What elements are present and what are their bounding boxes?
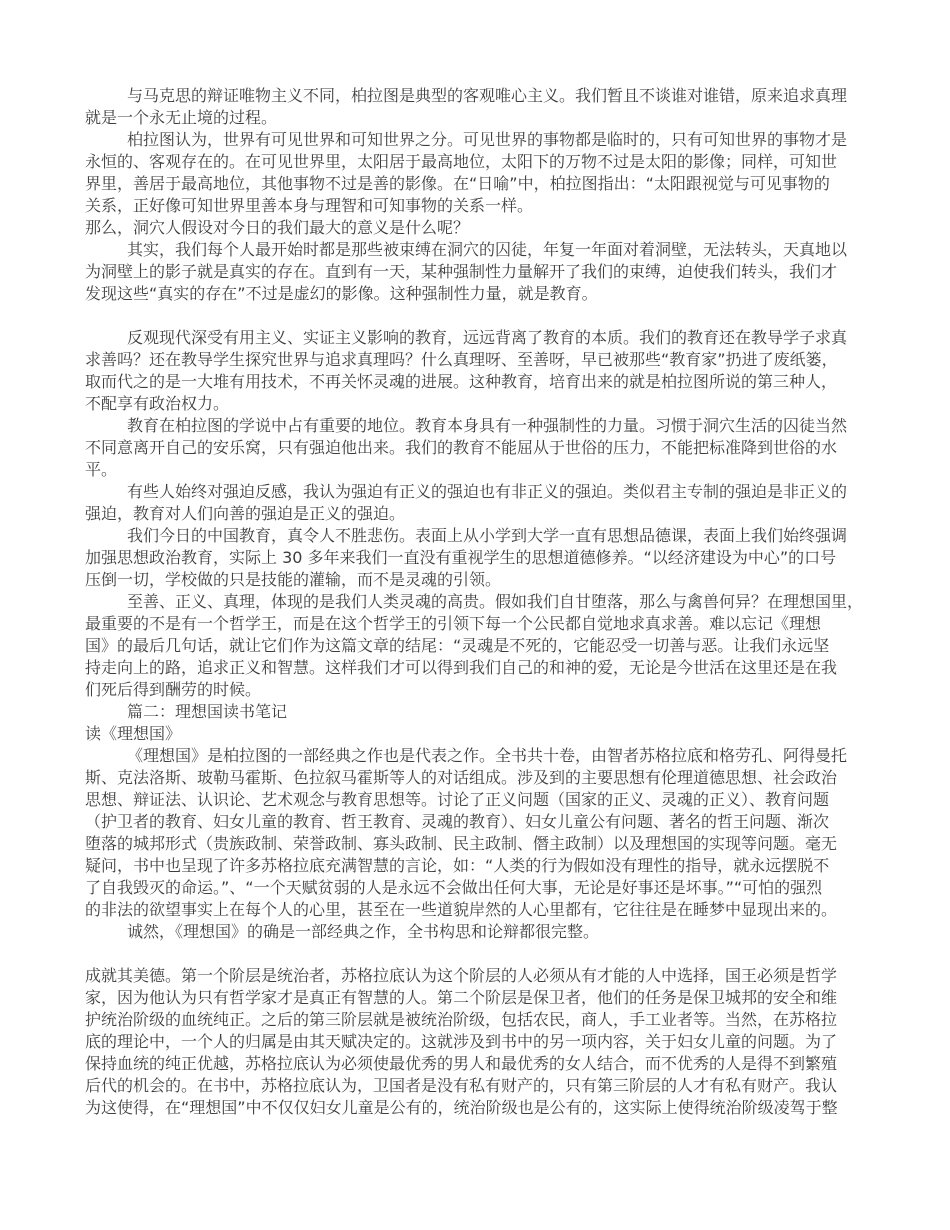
text-line: 不配享有政治权力。 [85,393,890,415]
text-line: 加强思想政治教育，实际上 30 多年来我们一直没有重视学生的思想道德修养。“以经… [85,547,890,569]
blank-line [85,943,890,965]
text-line: 求善吗？还在教导学生探究世界与追求真理吗？什么真理呀、至善呀，早已被那些“教育家… [85,349,890,371]
text-line: 至善、正义、真理，体现的是我们人类灵魂的高贵。假如我们自甘堕落，那么与禽兽何异？… [85,591,890,613]
text-line: 的非法的欲望事实上在每个人的心里，甚至在一些道貌岸然的人心里都有，它往往是在睡梦… [85,899,890,921]
text-line: 与马克思的辩证唯物主义不同，柏拉图是典型的客观唯心主义。我们暂且不谈谁对谁错，原… [85,85,890,107]
text-line: 底的理论中，一个人的归属是由其天赋决定的。这就涉及到书中的另一项内容，关于妇女儿… [85,1031,890,1053]
text-line: 取而代之的是一大堆有用技术，不再关怀灵魂的进展。这种教育，培育出来的就是柏拉图所… [85,371,890,393]
text-line: 疑问，书中也呈现了许多苏格拉底充满智慧的言论，如：“人类的行为假如没有理性的指导… [85,855,890,877]
text-line: 们死后得到酬劳的时候。 [85,679,890,701]
text-line: 为这使得，在“理想国”中不仅仅妇女儿童是公有的，统治阶级也是公有的，这实际上使得… [85,1097,890,1119]
text-line: 《理想国》是柏拉图的一部经典之作也是代表之作。全书共十卷，由智者苏格拉底和格劳孔… [85,745,890,767]
text-line: 家，因为他认为只有哲学家才是真正有智慧的人。第二个阶层是保卫者，他们的任务是保卫… [85,987,890,1009]
document-page: 与马克思的辩证唯物主义不同，柏拉图是典型的客观唯心主义。我们暂且不谈谁对谁错，原… [0,0,950,1230]
text-line: 保持血统的纯正优越，苏格拉底认为必须使最优秀的男人和最优秀的女人结合，而不优秀的… [85,1053,890,1075]
text-line: 压倒一切，学校做的只是技能的灌输，而不是灵魂的引领。 [85,569,890,591]
text-line: 了自我毁灭的命运。”、“一个天赋贫弱的人是永远不会做出任何大事，无论是好事还是坏… [85,877,890,899]
text-line: 平。 [85,459,890,481]
text-line: 永恒的、客观存在的。在可见世界里，太阳居于最高地位，太阳下的万物不过是太阳的影像… [85,151,890,173]
text-line: 篇二：理想国读书笔记 [85,701,890,723]
text-line: 护统治阶级的血统纯正。之后的第三阶层就是被统治阶级，包括农民，商人，手工业者等。… [85,1009,890,1031]
text-line: 反观现代深受有用主义、实证主义影响的教育，远远背离了教育的本质。我们的教育还在教… [85,327,890,349]
text-line: 强迫，教育对人们向善的强迫是正义的强迫。 [85,503,890,525]
text-line: 后代的机会的。在书中，苏格拉底认为，卫国者是没有私有财产的，只有第三阶层的人才有… [85,1075,890,1097]
text-line: 有些人始终对强迫反感，我认为强迫有正义的强迫也有非正义的强迫。类似君主专制的强迫… [85,481,890,503]
text-line: 我们今日的中国教育，真令人不胜悲伤。表面上从小学到大学一直有思想品德课，表面上我… [85,525,890,547]
text-line: 教育在柏拉图的学说中占有重要的地位。教育本身具有一种强制性的力量。习惯于洞穴生活… [85,415,890,437]
blank-line [85,305,890,327]
text-line: 柏拉图认为，世界有可见世界和可知世界之分。可见世界的事物都是临时的，只有可知世界… [85,129,890,151]
text-line: 关系，正好像可知世界里善本身与理智和可知事物的关系一样。 [85,195,890,217]
text-line: 国》的最后几句话，就让它们作为这篇文章的结尾：“灵魂是不死的，它能忍受一切善与恶… [85,635,890,657]
text-line: 诚然，《理想国》的确是一部经典之作，全书构思和论辩都很完整。 [85,921,890,943]
text-line: 其实，我们每个人最开始时都是那些被束缚在洞穴的囚徒，年复一年面对着洞壁，无法转头… [85,239,890,261]
text-line: 成就其美德。第一个阶层是统治者，苏格拉底认为这个阶层的人必须从有才能的人中选择，… [85,965,890,987]
text-line: 就是一个永无止境的过程。 [85,107,890,129]
text-line: 持走向上的路，追求正义和智慧。这样我们才可以得到我们自己的和神的爱，无论是今世活… [85,657,890,679]
text-line: 读《理想国》 [85,723,890,745]
text-line: 不同意离开自己的安乐窝，只有强迫他出来。我们的教育不能屈从于世俗的压力，不能把标… [85,437,890,459]
text-line: 为洞壁上的影子就是真实的存在。直到有一天，某种强制性力量解开了我们的束缚，迫使我… [85,261,890,283]
text-line: 那么，洞穴人假设对今日的我们最大的意义是什么呢？ [85,217,890,239]
text-line: 界里，善居于最高地位，其他事物不过是善的影像。在“日喻”中，柏拉图指出：“太阳跟… [85,173,890,195]
text-line: 思想、辩证法、认识论、艺术观念与教育思想等。讨论了正义问题（国家的正义、灵魂的正… [85,789,890,811]
text-line: 最重要的不是有一个哲学王，而是在这个哲学王的引领下每一个公民都自觉地求真求善。难… [85,613,890,635]
document-text: 与马克思的辩证唯物主义不同，柏拉图是典型的客观唯心主义。我们暂且不谈谁对谁错，原… [85,85,890,1119]
text-line: 斯、克法洛斯、玻勒马霍斯、色拉叙马霍斯等人的对话组成。涉及到的主要思想有伦理道德… [85,767,890,789]
text-line: （护卫者的教育、妇女儿童的教育、哲王教育、灵魂的教育）、妇女儿童公有问题、著名的… [85,811,890,833]
text-line: 堕落的城邦形式（贵族政制、荣誉政制、寡头政制、民主政制、僭主政制）以及理想国的实… [85,833,890,855]
text-line: 发现这些“真实的存在”不过是虚幻的影像。这种强制性力量，就是教育。 [85,283,890,305]
